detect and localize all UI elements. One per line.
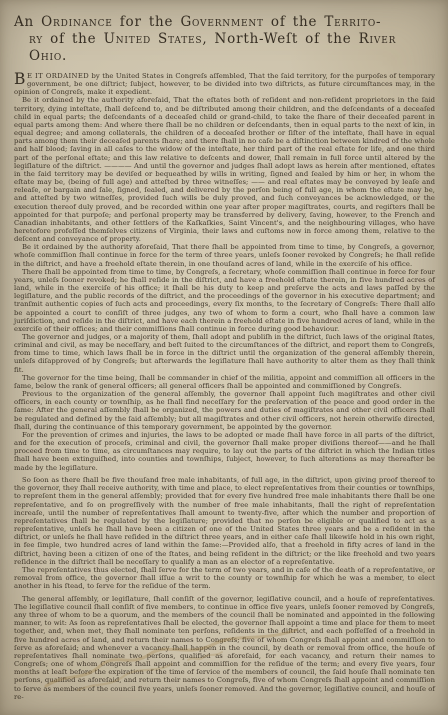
paragraph-4: There ſhall be appointed from time to ti…	[14, 268, 435, 333]
paragraph-10: The repreſentatives thus elected, ſhall …	[14, 566, 435, 590]
paragraph-11: The general aſſembly, or legiſlature, ſh…	[14, 595, 435, 701]
paragraph-9: So ſoon as there ſhall be five thouſand …	[14, 476, 435, 566]
document-title: An Ordinance for the Government of the T…	[14, 14, 435, 65]
paragraph-7: Previous to the organization of the gene…	[14, 390, 435, 431]
paragraph-8: For the prevention of crimes and injurie…	[14, 431, 435, 472]
paragraph-3: Be it ordained by the authority aforeſai…	[14, 243, 435, 267]
enacting-clause: E IT ORDAINED	[27, 72, 89, 80]
title-line-2: ry of the United States, North-Weſt of t…	[29, 31, 435, 48]
title-line-1: An Ordinance for the Government of the T…	[14, 14, 435, 31]
drop-cap: B	[14, 72, 27, 86]
paragraph-2: Be it ordained by the authority aforeſai…	[14, 96, 435, 243]
title-line-3: Ohio.	[29, 48, 435, 65]
document-body: BE IT ORDAINED by the United States in C…	[14, 72, 435, 701]
paragraph-6: The governor for the time being, ſhall b…	[14, 374, 435, 390]
paragraph-5: The governor and judges, or a majority o…	[14, 333, 435, 374]
paragraph-1: BE IT ORDAINED by the United States in C…	[14, 72, 435, 96]
document-page: An Ordinance for the Government of the T…	[0, 0, 448, 715]
